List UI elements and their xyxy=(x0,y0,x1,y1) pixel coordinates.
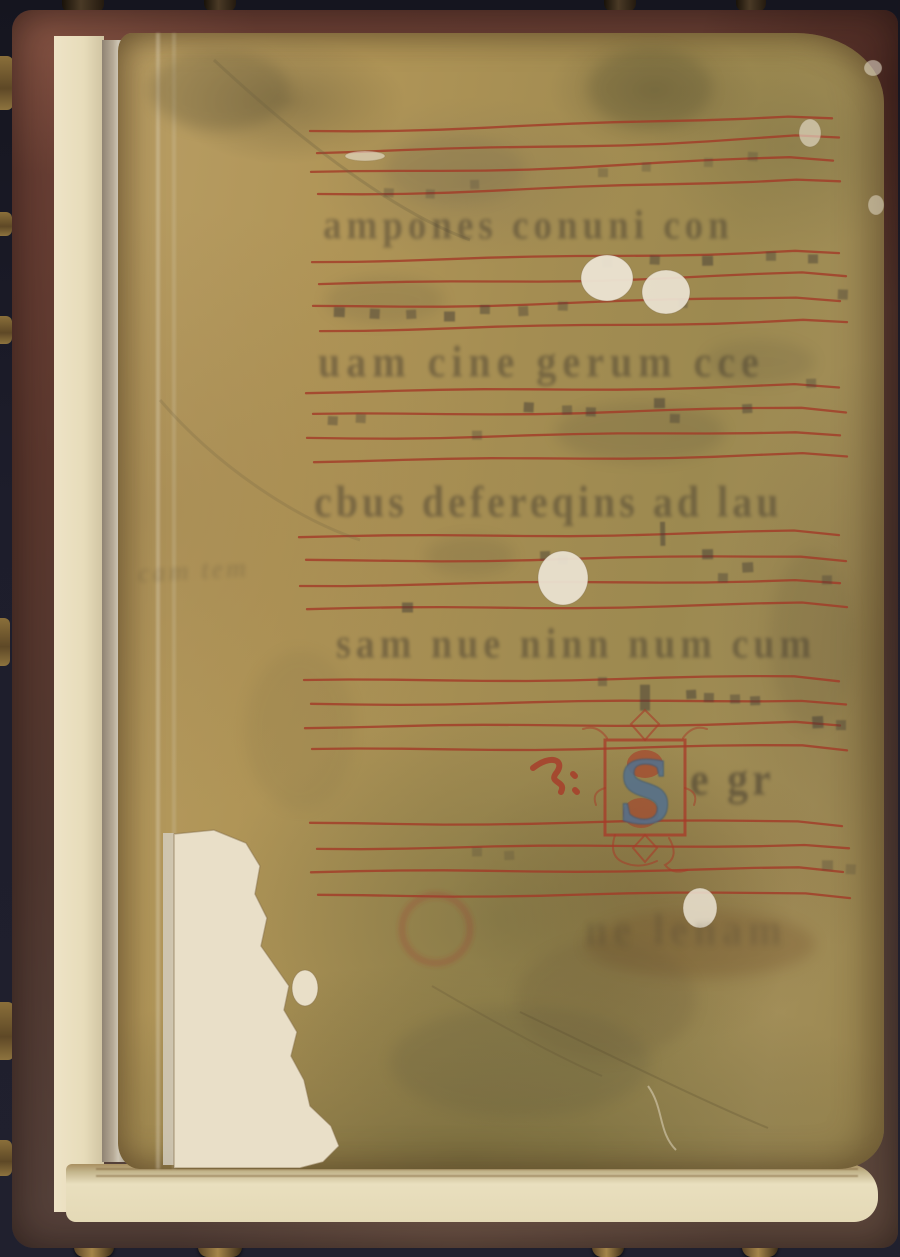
clasp-fitting xyxy=(0,1140,12,1176)
clasp-fitting xyxy=(0,618,10,666)
flyleaf-left-edge xyxy=(54,36,104,1212)
bottom-page-edges xyxy=(66,1164,878,1222)
clasp-fitting xyxy=(0,212,12,236)
clasp-fitting xyxy=(0,316,12,344)
parchment-page xyxy=(118,33,884,1169)
manuscript-photo: ampones conuni con uam cine gerum cce cb… xyxy=(0,0,900,1257)
